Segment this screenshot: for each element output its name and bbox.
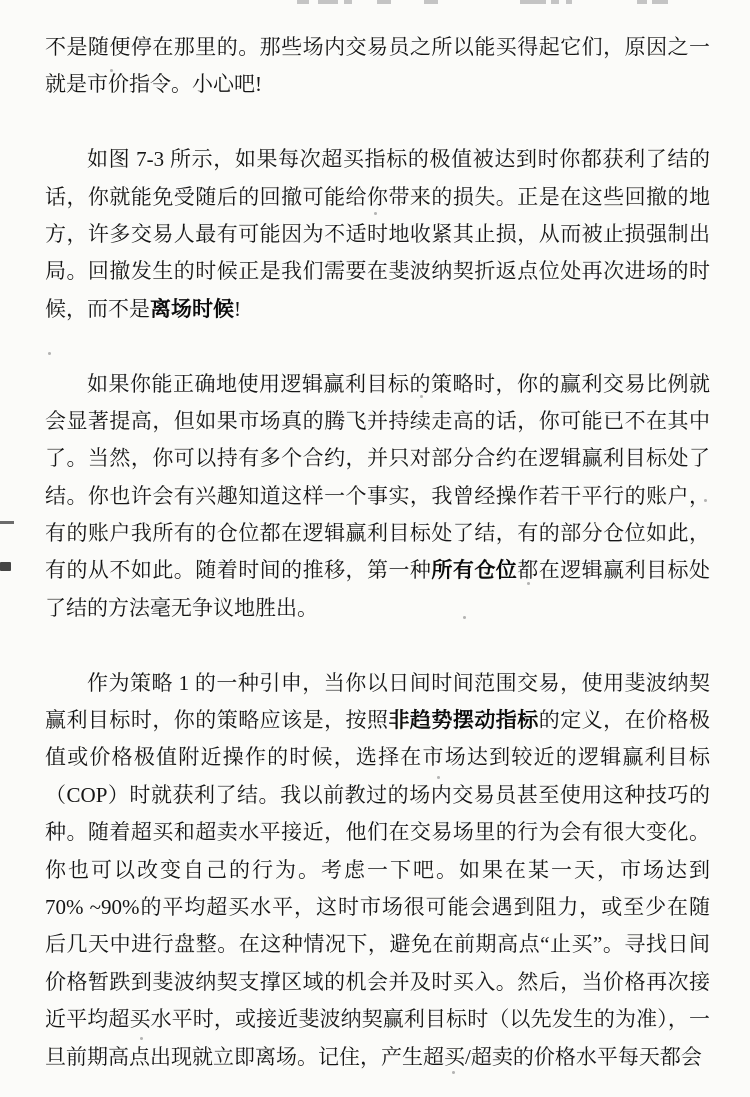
text-segment: 70% ~90%的平均超买水平，这时市场很可能会遇到阻力，或至少在随: [45, 895, 710, 919]
text-line: 70% ~90%的平均超买水平，这时市场很可能会遇到阻力，或至少在随: [45, 889, 710, 926]
text-line: 如图 7-3 所示，如果每次超买指标的极值被达到时你都获利了结的: [45, 141, 710, 178]
text-line: 值或价格极值附近操作的时候，选择在市场达到较近的逻辑赢利目标: [45, 739, 710, 776]
text-line: 你也可以改变自己的行为。考虑一下吧。如果在某一天，市场达到: [45, 852, 710, 889]
text-segment: 话，你就能免受随后的回撤可能给你带来的损失。正是在这些回撤的地: [45, 185, 710, 209]
bold-text-segment: 非趋势摆动指标: [388, 708, 538, 732]
text-segment: 不是随便停在那里的。那些场内交易员之所以能买得起它们，原因之一: [45, 35, 710, 59]
text-segment: 你也可以改变自己的行为。考虑一下吧。如果在某一天，市场达到: [45, 858, 710, 882]
paragraph: 作为策略 1 的一种引申，当你以日间时间范围交易，使用斐波纳契赢利目标时，你的策…: [45, 665, 710, 1076]
text-line: 候，而不是离场时候!: [45, 291, 710, 328]
text-line: 后几天中进行盘整。在这种情况下，避免在前期高点“止买”。寻找日间: [45, 926, 710, 963]
text-segment: 有的账户我所有的仓位都在逻辑赢利目标处了结，有的部分仓位如此，: [45, 521, 710, 545]
text-line: 结。你也许会有兴趣知道这样一个事实，我曾经操作若干平行的账户，: [45, 478, 710, 515]
text-segment: 有的从不如此。随着时间的推移，第一种: [45, 558, 431, 582]
text-line: 了。当然，你可以持有多个合约，并只对部分合约在逻辑赢利目标处了: [45, 440, 710, 477]
text-segment: 的定义，在价格极: [539, 708, 710, 732]
bold-text-segment: 离场时候: [150, 297, 234, 321]
text-line: 方，许多交易人最有可能因为不适时地收紧其止损，从而被止损强制出: [45, 216, 710, 253]
text-line: 不是随便停在那里的。那些场内交易员之所以能买得起它们，原因之一: [45, 29, 710, 66]
text-line: 局。回撤发生的时候正是我们需要在斐波纳契折返点位处再次进场的时: [45, 253, 710, 290]
text-line: 就是市价指令。小心吧!: [45, 66, 710, 103]
text-line: 种。随着超买和超卖水平接近，他们在交易场里的行为会有很大变化。: [45, 814, 710, 851]
text-line: 有的从不如此。随着时间的推移，第一种所有仓位都在逻辑赢利目标处: [45, 552, 710, 589]
text-line: 会显著提高，但如果市场真的腾飞并持续走高的话，你可能已不在其中: [45, 403, 710, 440]
text-segment: 如图 7-3 所示，如果每次超买指标的极值被达到时你都获利了结的: [87, 147, 710, 171]
text-line: （COP）时就获利了结。我以前教过的场内交易员甚至使用这种技巧的变: [45, 777, 710, 814]
paragraph: 如果你能正确地使用逻辑赢利目标的策略时，你的赢利交易比例就会显著提高，但如果市场…: [45, 366, 710, 628]
text-segment: 值或价格极值附近操作的时候，选择在市场达到较近的逻辑赢利目标: [45, 745, 710, 769]
page-text: 不是随便停在那里的。那些场内交易员之所以能买得起它们，原因之一就是市价指令。小心…: [45, 29, 710, 1076]
text-segment: 都在逻辑赢利目标处: [517, 558, 710, 582]
text-segment: 候，而不是: [45, 297, 150, 321]
text-line: 作为策略 1 的一种引申，当你以日间时间范围交易，使用斐波纳契: [45, 665, 710, 702]
bold-text-segment: 所有仓位: [431, 558, 517, 582]
text-line: 赢利目标时，你的策略应该是，按照非趋势摆动指标的定义，在价格极: [45, 702, 710, 739]
text-segment: （COP）时就获利了结。我以前教过的场内交易员甚至使用这种技巧的变: [45, 783, 710, 814]
text-segment: 如果你能正确地使用逻辑赢利目标的策略时，你的赢利交易比例就: [87, 372, 710, 396]
text-line: 了结的方法毫无争议地胜出。: [45, 590, 710, 627]
text-segment: 结。你也许会有兴趣知道这样一个事实，我曾经操作若干平行的账户，: [45, 484, 710, 508]
scanned-page: 不是随便停在那里的。那些场内交易员之所以能买得起它们，原因之一就是市价指令。小心…: [0, 0, 750, 1097]
scan-artifact-margin-dash: [0, 521, 14, 524]
text-segment: 价格暂跌到斐波纳契支撑区域的机会并及时买入。然后，当价格再次接: [45, 970, 710, 994]
text-segment: 局。回撤发生的时候正是我们需要在斐波纳契折返点位处再次进场的时: [45, 259, 710, 283]
scan-artifact-margin-blob: [0, 562, 11, 571]
text-segment: 会显著提高，但如果市场真的腾飞并持续走高的话，你可能已不在其中: [45, 409, 710, 433]
text-line: 近平均超买水平时，或接近斐波纳契赢利目标时（以先发生的为准），一: [45, 1001, 710, 1038]
text-segment: 近平均超买水平时，或接近斐波纳契赢利目标时（以先发生的为准），一: [45, 1007, 710, 1031]
paragraph: 如图 7-3 所示，如果每次超买指标的极值被达到时你都获利了结的话，你就能免受随…: [45, 141, 710, 328]
text-segment: 方，许多交易人最有可能因为不适时地收紧其止损，从而被止损强制出: [45, 222, 710, 246]
text-segment: !: [234, 297, 241, 321]
text-segment: 种。随着超买和超卖水平接近，他们在交易场里的行为会有很大变化。: [45, 820, 710, 844]
text-segment: 了结的方法毫无争议地胜出。: [45, 596, 318, 620]
text-segment: 赢利目标时，你的策略应该是，按照: [45, 708, 388, 732]
text-segment: 旦前期高点出现就立即离场。记住，产生超买/超卖的价格水平每天都会: [45, 1045, 702, 1069]
text-line: 话，你就能免受随后的回撤可能给你带来的损失。正是在这些回撤的地: [45, 179, 710, 216]
text-line: 旦前期高点出现就立即离场。记住，产生超买/超卖的价格水平每天都会: [45, 1039, 710, 1076]
text-segment: 就是市价指令。小心吧!: [45, 72, 262, 96]
text-line: 如果你能正确地使用逻辑赢利目标的策略时，你的赢利交易比例就: [45, 366, 710, 403]
text-line: 价格暂跌到斐波纳契支撑区域的机会并及时买入。然后，当价格再次接: [45, 964, 710, 1001]
text-segment: 了。当然，你可以持有多个合约，并只对部分合约在逻辑赢利目标处了: [45, 446, 710, 470]
text-line: 有的账户我所有的仓位都在逻辑赢利目标处了结，有的部分仓位如此，: [45, 515, 710, 552]
paragraph: 不是随便停在那里的。那些场内交易员之所以能买得起它们，原因之一就是市价指令。小心…: [45, 29, 710, 104]
text-segment: 作为策略 1 的一种引申，当你以日间时间范围交易，使用斐波纳契: [87, 671, 710, 695]
text-segment: 后几天中进行盘整。在这种情况下，避免在前期高点“止买”。寻找日间: [45, 932, 710, 956]
